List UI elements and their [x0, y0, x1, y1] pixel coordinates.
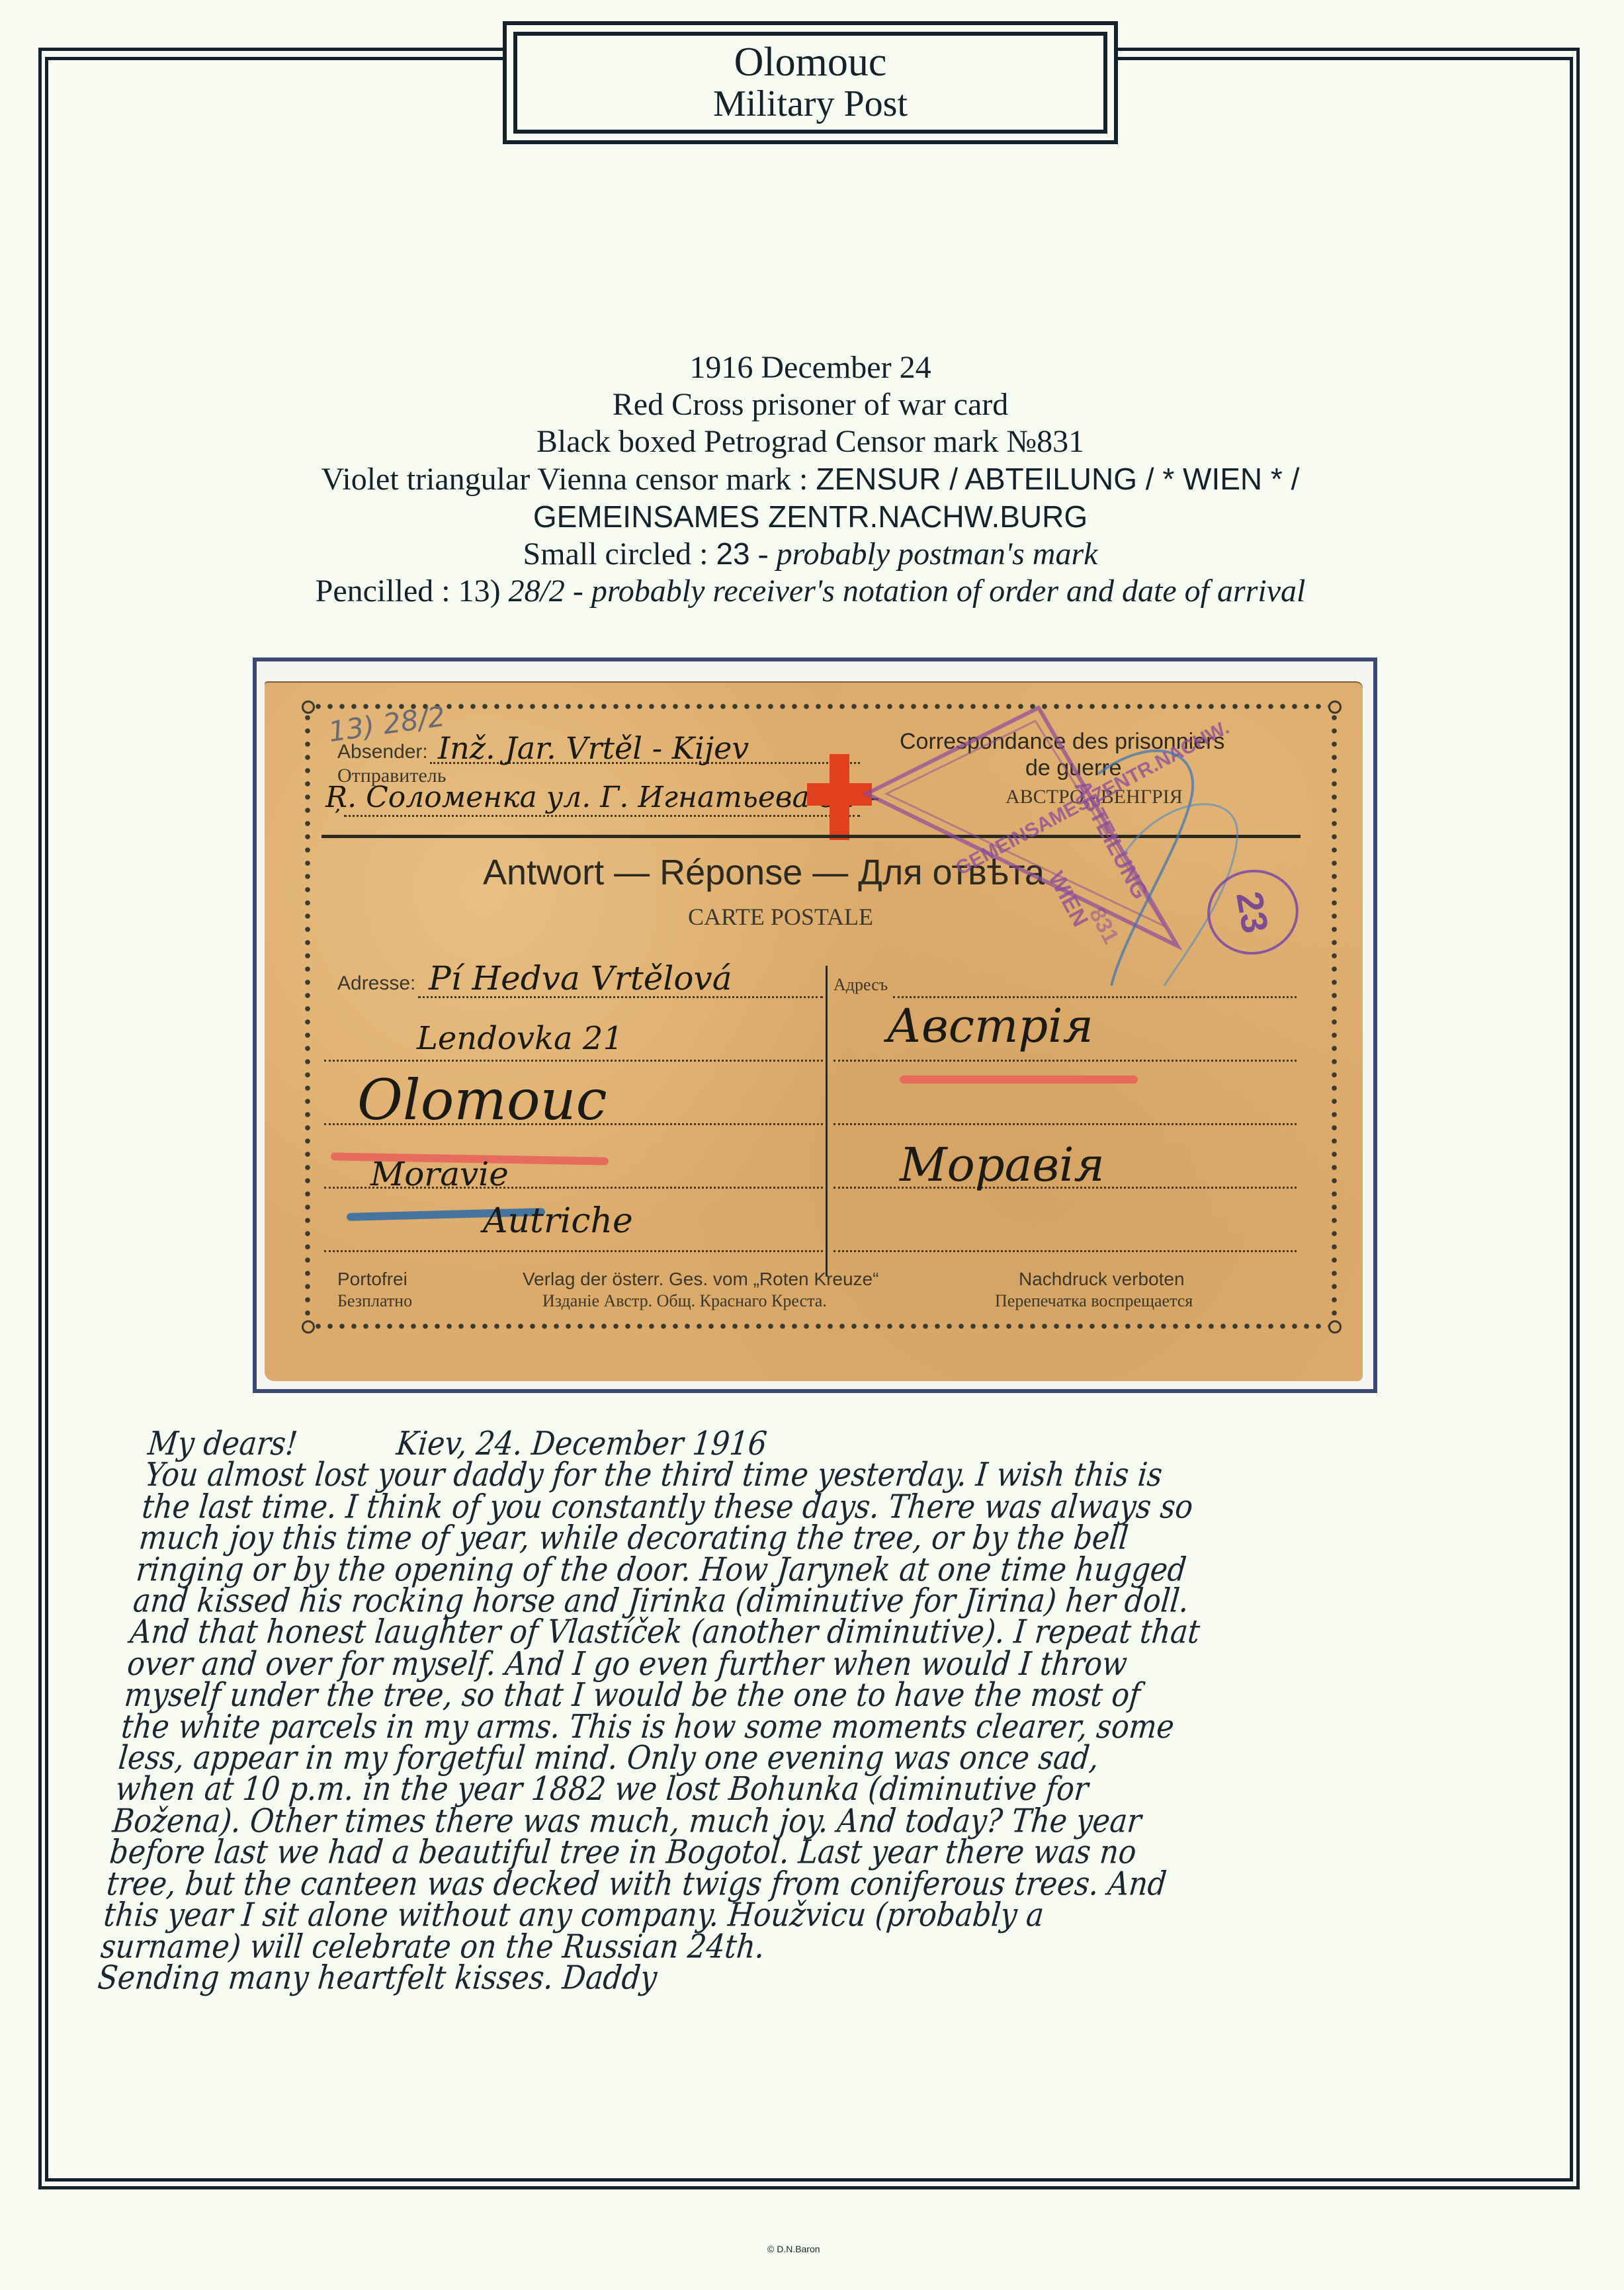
footer-nachdruck: Nachdruck verboten — [1019, 1269, 1185, 1290]
sender-name: Inž. Jar. Vrtěl - Kijev — [438, 730, 749, 766]
letter-line: Božena). Other times there was much, muc… — [111, 1806, 1437, 1837]
page-subtitle: Military Post — [713, 83, 908, 124]
letter-line: And that honest laughter of Vlastíček (a… — [129, 1617, 1455, 1648]
absender-label: Absender: — [337, 741, 428, 763]
card-corner-ornament — [302, 1320, 315, 1334]
letter-transcription: My dears!Kiev, 24. December 1916 You alm… — [97, 1429, 1473, 1994]
letter-line: and kissed his rocking horse and Jirinka… — [132, 1586, 1457, 1617]
desc-pencilled: Pencilled : 13) 28/2 - probably receiver… — [132, 573, 1488, 610]
card-corner-ornament — [302, 700, 315, 714]
address-region-ru: Моравія — [900, 1138, 1105, 1192]
desc-small-circled: Small circled : 23 - probably postman's … — [132, 535, 1488, 573]
desc-petrograd-censor: Black boxed Petrograd Censor mark №831 — [132, 423, 1488, 460]
title-cartouche: Olomouc Military Post — [503, 21, 1118, 144]
adresse-ru-label: Адресъ — [833, 975, 888, 995]
letter-line: tree, but the canteen was decked with tw… — [105, 1869, 1431, 1900]
footer-publisher: Verlag der österr. Ges. vom „Roten Kreuz… — [523, 1269, 878, 1290]
pencilled-note: - probably receiver's notation of order … — [565, 573, 1305, 609]
title-cartouche-inner: Olomouc Military Post — [513, 32, 1107, 134]
pow-postcard: 13) 28/2 Absender: Inž. Jar. Vrtěl - Kij… — [265, 681, 1363, 1381]
letter-signoff: Sending many heartfelt kisses. Daddy — [97, 1963, 1422, 1994]
sender-line — [344, 815, 860, 817]
card-border-right — [1331, 711, 1338, 1323]
footer-nachdruck-ru: Перепечатка воспрещается — [995, 1291, 1193, 1311]
item-description: 1916 December 24 Red Cross prisoner of w… — [132, 349, 1488, 610]
letter-line: over and over for myself. And I go even … — [126, 1648, 1451, 1679]
letter-line: surname) will celebrate on the Russian 2… — [99, 1931, 1425, 1963]
copyright: © D.N.Baron — [767, 2244, 820, 2254]
sender-address: Ŗ. Соломенка ул. Г. Игнатьева 84 – — [325, 781, 880, 814]
letter-line: ringing or by the opening of the door. H… — [135, 1554, 1461, 1586]
letter-heading: My dears!Kiev, 24. December 1916 — [147, 1429, 1473, 1460]
small-circled-label: Small circled : — [523, 536, 716, 572]
small-circled-note: - probably postman's mark — [750, 536, 1098, 572]
letter-line: myself under the tree, so that I would b… — [123, 1680, 1449, 1711]
postman-number: 23 — [1228, 888, 1278, 937]
pencilled-value: 28/2 — [509, 573, 565, 609]
desc-date: 1916 December 24 — [132, 349, 1488, 386]
pencilled-label: Pencilled : 13) — [316, 573, 509, 609]
letter-line: much joy this time of year, while decora… — [138, 1523, 1463, 1554]
letter-line: less, appear in my forgetful mind. Only … — [117, 1743, 1443, 1774]
vienna-censor-text-2: GEMEINSAMES ZENTR.NACHW.BURG — [132, 498, 1488, 535]
address-city: Olomouc — [357, 1068, 607, 1132]
address-divider — [826, 966, 828, 1277]
letter-line: the last time. I think of you constantly… — [141, 1492, 1467, 1523]
address-line — [324, 1060, 823, 1062]
letter-line: this year I sit alone without any compan… — [103, 1900, 1428, 1931]
address-line — [833, 1123, 1297, 1125]
card-border-left — [304, 711, 311, 1323]
address-country: Autriche — [483, 1201, 633, 1241]
address-recipient: Pí Hedva Vrtělová — [429, 959, 732, 997]
footer-bezplatno: Безплатно — [337, 1291, 412, 1311]
address-country-ru: Австрія — [886, 999, 1093, 1053]
desc-vienna-censor: Violet triangular Vienna censor mark : Z… — [132, 460, 1488, 498]
desc-card-type: Red Cross prisoner of war card — [132, 386, 1488, 423]
card-corner-ornament — [1328, 700, 1342, 714]
address-line — [833, 1250, 1297, 1252]
vienna-censor-text-1: ZENSUR / ABTEILUNG / * WIEN * / — [816, 462, 1299, 496]
card-corner-ornament — [1328, 1320, 1342, 1334]
blue-crayon-mark — [1085, 721, 1270, 999]
letter-line: when at 10 p.m. in the year 1882 we lost… — [114, 1774, 1440, 1805]
card-border-bottom — [312, 1323, 1331, 1330]
adresse-label: Adresse: — [337, 972, 415, 995]
footer-portofrei: Portofrei — [337, 1269, 407, 1290]
address-line — [324, 1250, 823, 1252]
address-street: Lendovka 21 — [417, 1020, 623, 1057]
address-line — [833, 1060, 1297, 1062]
letter-line: before last we had a beautiful tree in B… — [108, 1837, 1434, 1868]
address-region: Moravie — [370, 1155, 509, 1193]
letter-line: You almost lost your daddy for the third… — [144, 1460, 1469, 1491]
vienna-censor-label: Violet triangular Vienna censor mark : — [321, 462, 816, 497]
letter-line: the white parcels in my arms. This is ho… — [120, 1711, 1445, 1742]
red-underline — [900, 1076, 1138, 1083]
carte-postale: CARTE POSTALE — [688, 903, 873, 931]
footer-publisher-ru: Изданіе Австр. Общ. Краснаго Креста. — [542, 1291, 827, 1311]
small-circled-value: 23 — [716, 536, 749, 571]
page-title: Olomouc — [734, 41, 887, 83]
